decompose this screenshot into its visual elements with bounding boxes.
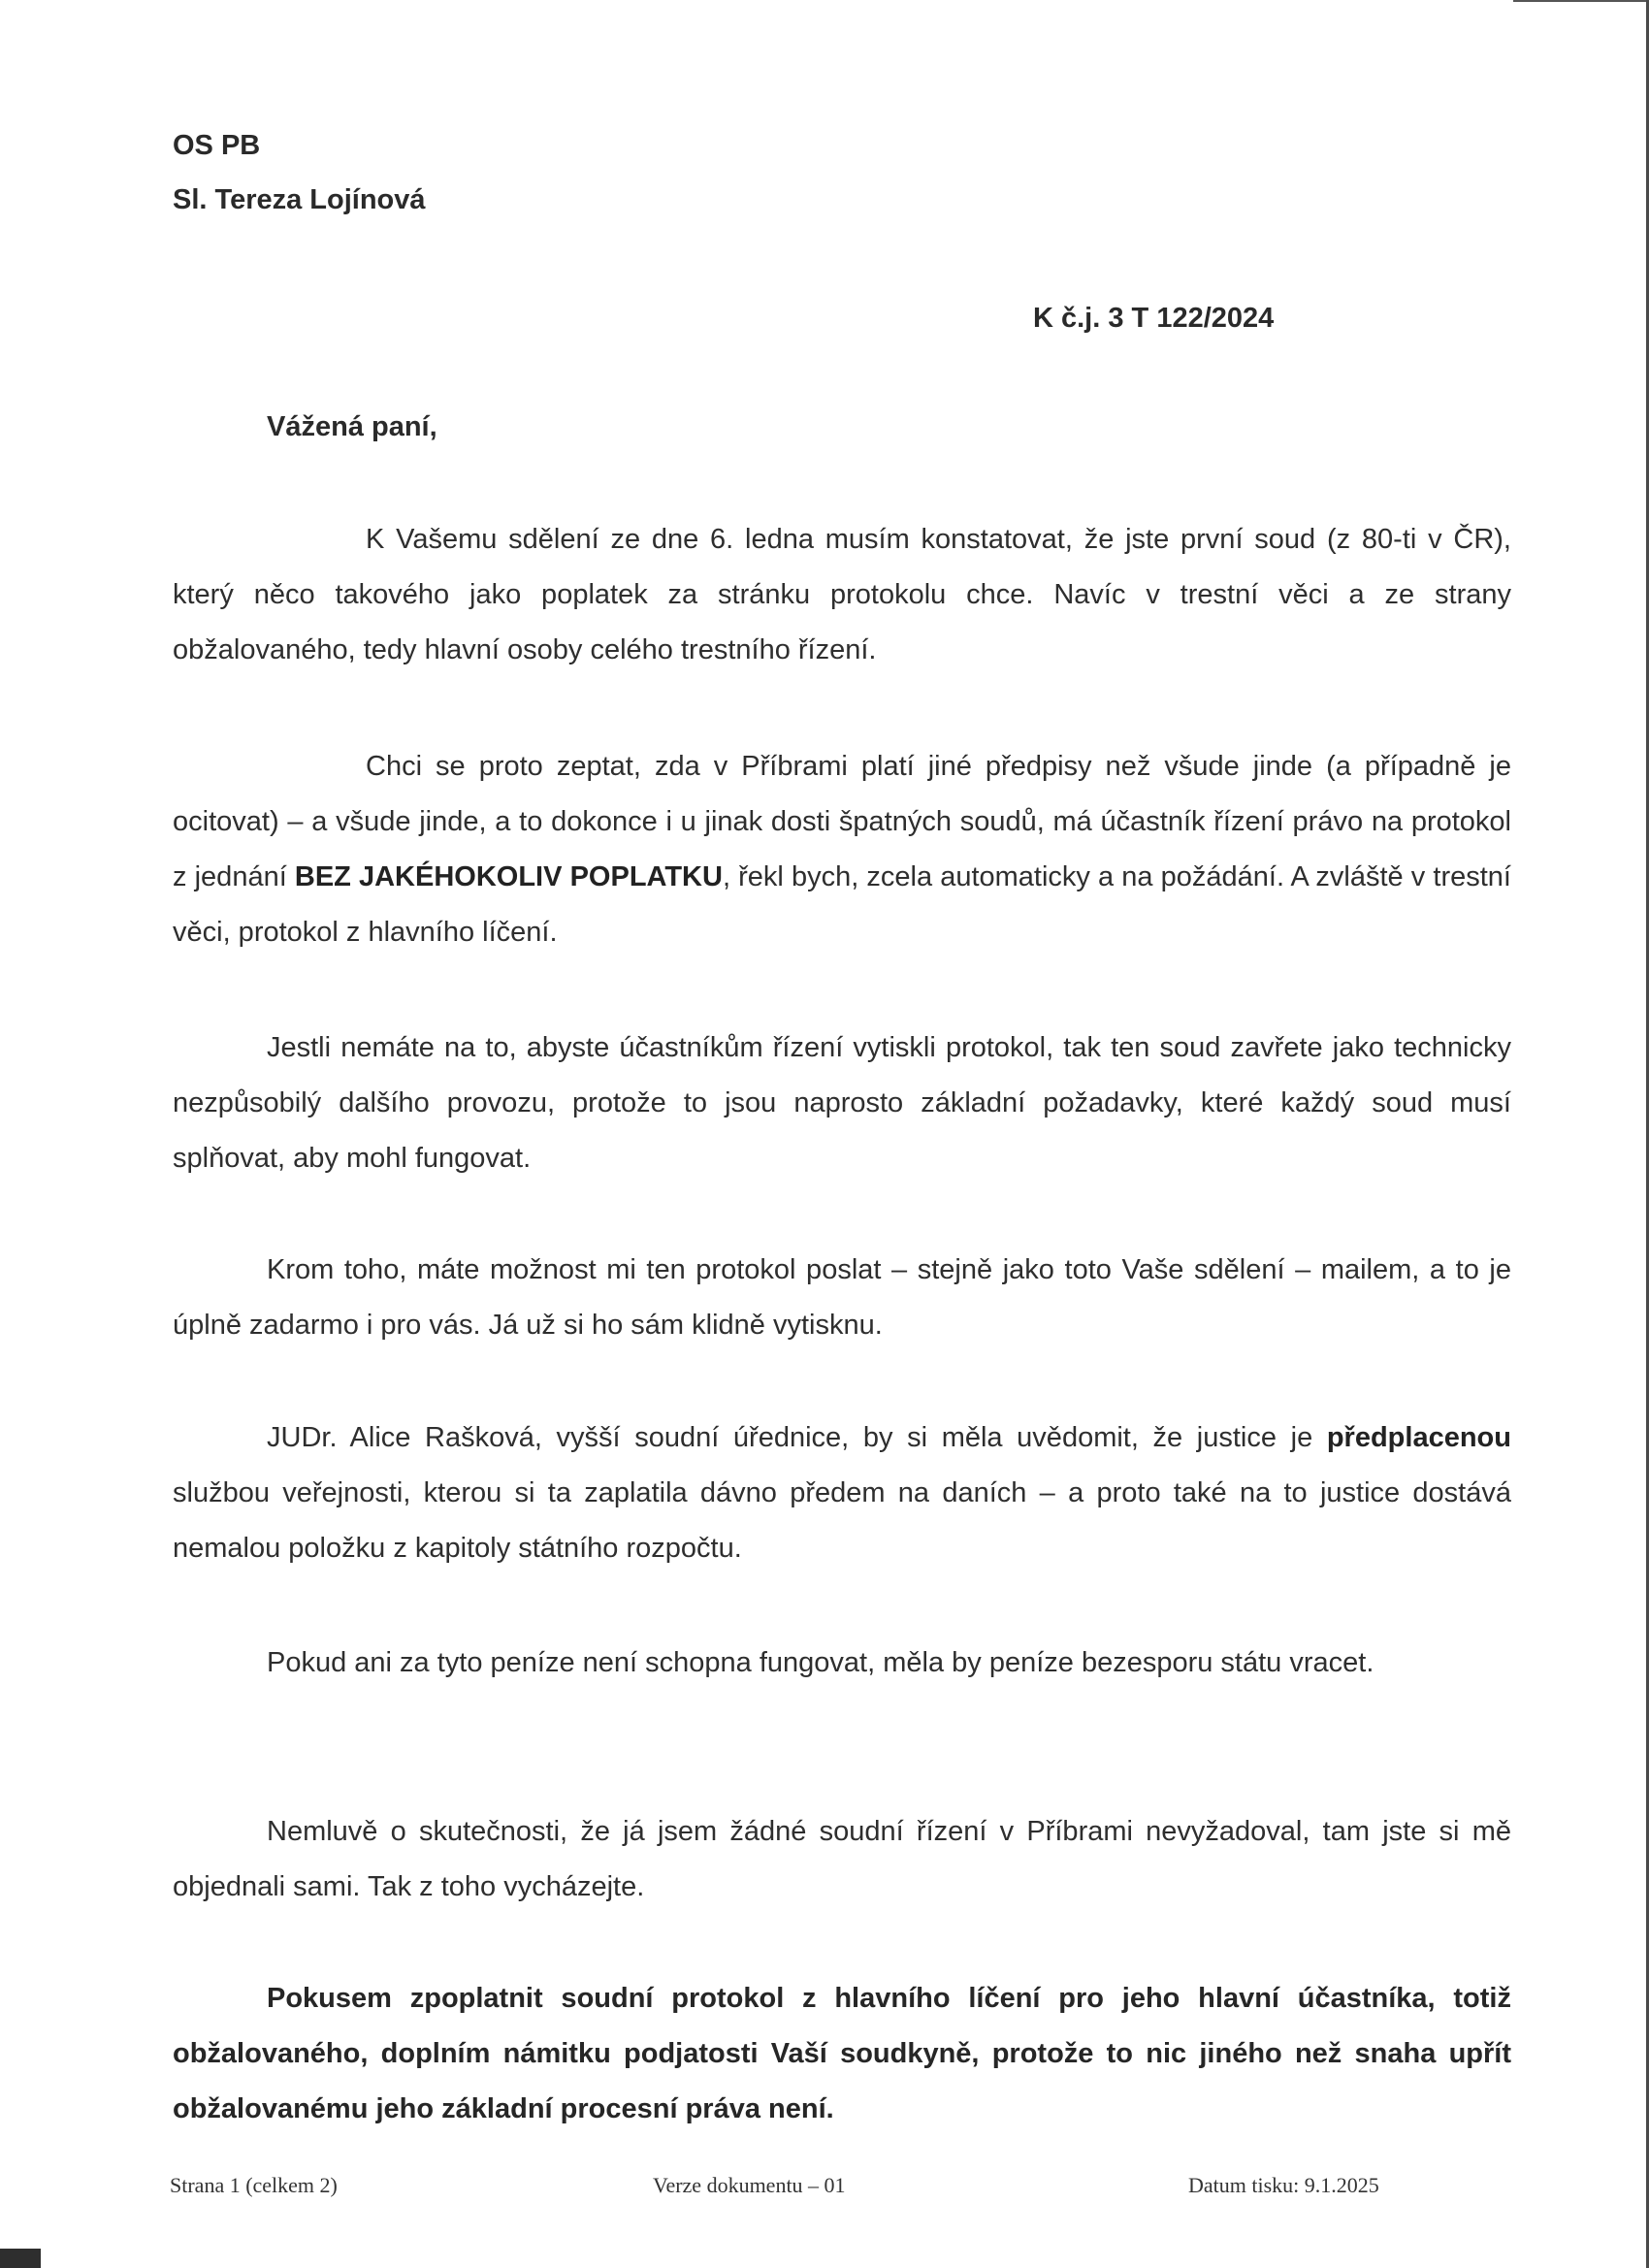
paragraph: Nemluvě o skutečnosti, že já jsem žádné … xyxy=(173,1804,1511,1915)
paragraph: K Vašemu sdělení ze dne 6. ledna musím k… xyxy=(173,512,1511,678)
paragraph: JUDr. Alice Rašková, vyšší soudní úředni… xyxy=(173,1410,1511,1576)
footer-page-number: Strana 1 (celkem 2) xyxy=(170,2173,338,2198)
emphasized-text: BEZ JAKÉHOKOLIV POPLATKU xyxy=(295,861,723,892)
footer-print-date: Datum tisku: 9.1.2025 xyxy=(1188,2173,1379,2198)
recipient-organization: OS PB xyxy=(173,130,260,162)
recipient-person: Sl. Tereza Lojínová xyxy=(173,184,426,216)
paragraph: Krom toho, máte možnost mi ten protokol … xyxy=(173,1243,1511,1353)
emphasized-text: předplacenou xyxy=(1327,1422,1511,1453)
case-reference: K č.j. 3 T 122/2024 xyxy=(1033,303,1274,335)
paragraph: Pokud ani za tyto peníze není schopna fu… xyxy=(173,1636,1511,1691)
paragraph: Chci se proto zeptat, zda v Příbrami pla… xyxy=(173,739,1511,960)
salutation: Vážená paní, xyxy=(267,411,437,443)
paragraph: Jestli nemáte na to, abyste účastníkům ř… xyxy=(173,1021,1511,1186)
footer-document-version: Verze dokumentu – 01 xyxy=(653,2173,846,2198)
scan-corner-mark xyxy=(0,2249,41,2268)
closing-paragraph: Pokusem zpoplatnit soudní protokol z hla… xyxy=(173,1971,1511,2137)
scan-edge-top xyxy=(1513,0,1649,2)
